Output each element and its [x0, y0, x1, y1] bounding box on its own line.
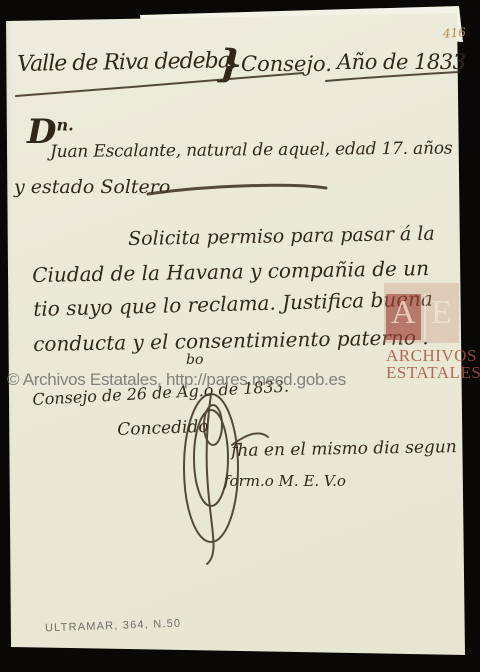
subject-line-2: y estado Soltero — [14, 176, 170, 198]
scanned-document-page: 416 Valle de Riva dedeba. } Consejo. Año… — [0, 0, 480, 672]
ae-stamp-name-line-1: ARCHIVOS — [386, 347, 480, 364]
ae-stamp-name: ARCHIVOS ESTATALES — [386, 347, 480, 381]
header-council: Consejo. — [241, 52, 332, 76]
ae-stamp-box: A E — [384, 283, 459, 343]
resolution-note-line-1: fha en el mismo dia segun — [231, 437, 457, 461]
header-place: Valle de Riva dedeba. — [17, 48, 236, 77]
ae-stamp-name-line-2: ESTATALES — [386, 364, 480, 381]
resolution-note-line-2: form.o M. E. V.o — [224, 472, 346, 490]
subject-line-1: Juan Escalante, natural de aquel, edad 1… — [50, 138, 452, 162]
ae-stamp-letter-e: E — [431, 296, 452, 330]
subject-initial-superscript: n. — [56, 116, 73, 135]
header-brace: } — [217, 40, 244, 86]
resolution-granted-word: Concedido — [117, 417, 209, 440]
folio-number: 416 — [443, 25, 467, 41]
ae-stamp-divider — [424, 294, 426, 340]
ae-stamp-letter-a: A — [391, 296, 416, 330]
header-year: Año de 1833 — [337, 50, 466, 74]
resolution-superscript: bo — [186, 352, 203, 368]
archivos-estatales-stamp: A E ARCHIVOS ESTATALES — [384, 283, 480, 393]
